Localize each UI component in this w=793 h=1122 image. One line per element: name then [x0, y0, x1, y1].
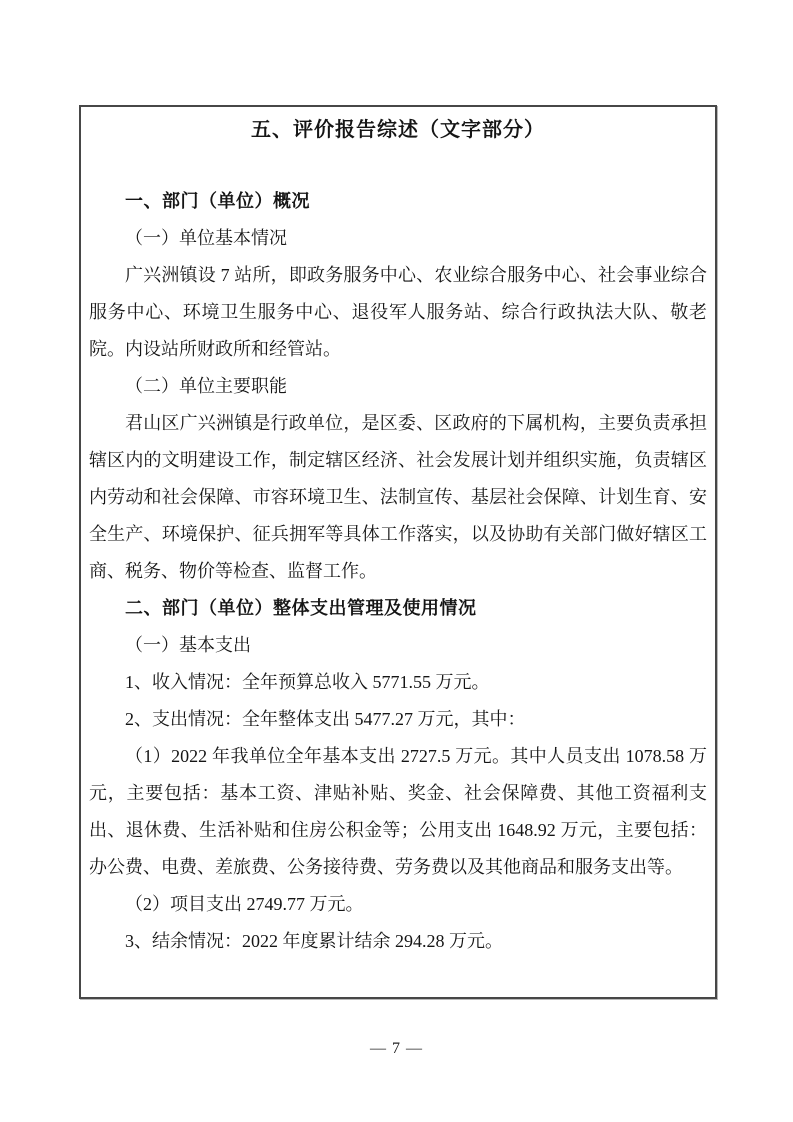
paragraph: （1）2022 年我单位全年基本支出 2727.5 万元。其中人员支出 1078…	[89, 738, 707, 886]
section-heading: 二、部门（单位）整体支出管理及使用情况	[89, 590, 707, 627]
text-line: （一）基本支出	[89, 627, 707, 664]
document-title: 五、评价报告综述（文字部分）	[89, 116, 707, 144]
text-line: 2、支出情况：全年整体支出 5477.27 万元，其中：	[89, 701, 707, 738]
text-line: 1、收入情况：全年预算总收入 5771.55 万元。	[89, 664, 707, 701]
document-body: 一、部门（单位）概况（一）单位基本情况广兴洲镇设 7 站所，即政务服务中心、农业…	[89, 183, 707, 960]
text-line: （2）项目支出 2749.77 万元。	[89, 886, 707, 923]
paragraph: 广兴洲镇设 7 站所，即政务服务中心、农业综合服务中心、社会事业综合服务中心、环…	[89, 257, 707, 368]
section-heading: 一、部门（单位）概况	[89, 183, 707, 220]
text-line: 3、结余情况：2022 年度累计结余 294.28 万元。	[89, 923, 707, 960]
document-page: 五、评价报告综述（文字部分） 一、部门（单位）概况（一）单位基本情况广兴洲镇设 …	[0, 0, 793, 1122]
page-number: — 7 —	[0, 1039, 793, 1059]
text-line: （一）单位基本情况	[89, 220, 707, 257]
text-line: （二）单位主要职能	[89, 368, 707, 405]
paragraph: 君山区广兴洲镇是行政单位，是区委、区政府的下属机构，主要负责承担辖区内的文明建设…	[89, 405, 707, 590]
report-border-box: 五、评价报告综述（文字部分） 一、部门（单位）概况（一）单位基本情况广兴洲镇设 …	[79, 105, 717, 999]
